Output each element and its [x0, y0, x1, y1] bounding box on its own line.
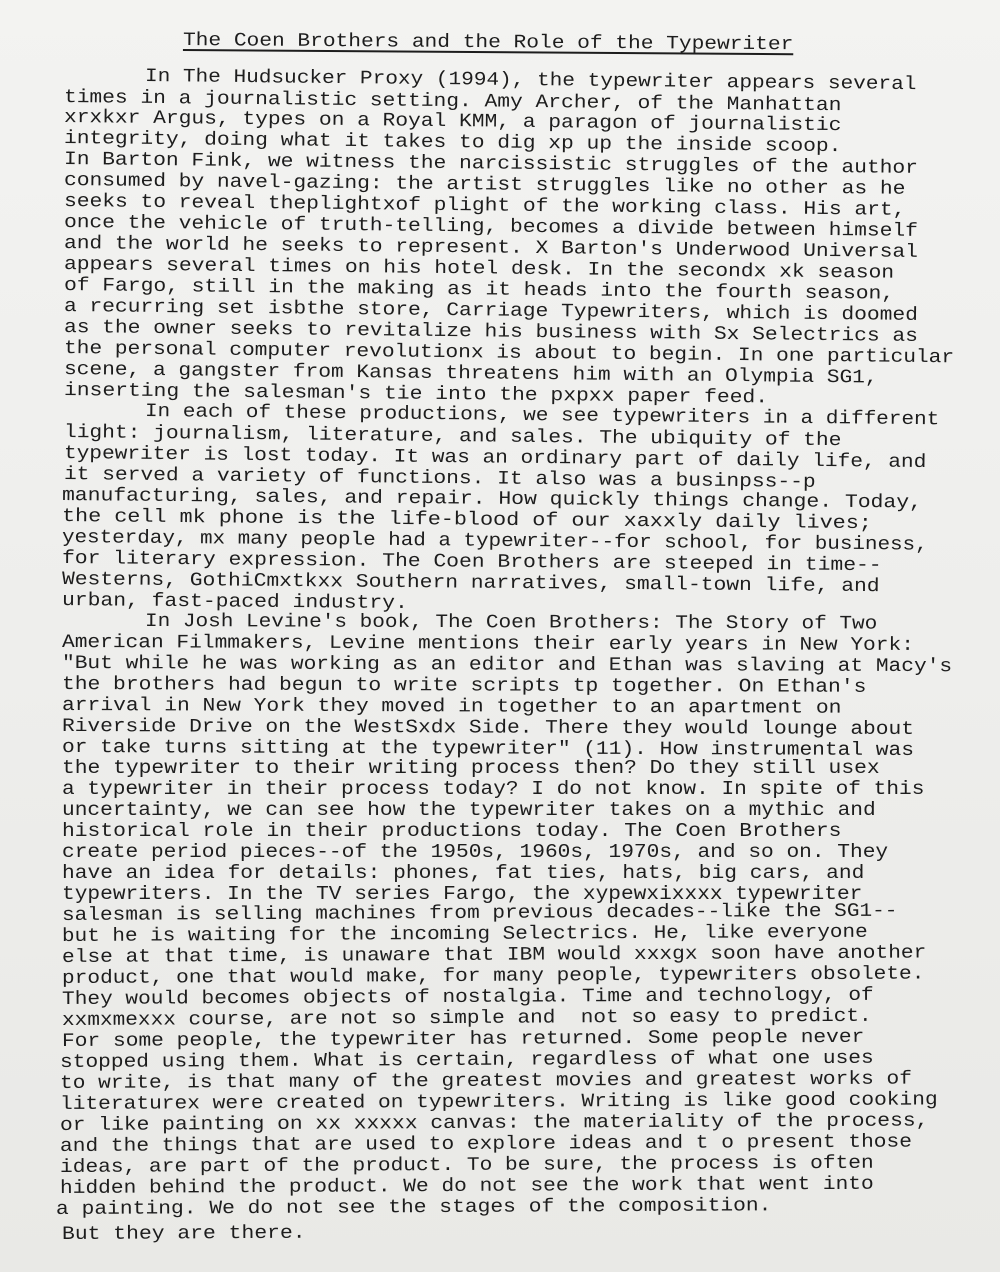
text-line: But they are there.	[62, 1223, 306, 1244]
text-line: historical role in their productions tod…	[62, 821, 841, 841]
text-line: arrival in New York they moved in togeth…	[62, 695, 842, 718]
text-line: a painting. We do not see the stages of …	[56, 1195, 772, 1219]
text-line: the typewriter to their writing process …	[62, 758, 880, 778]
text-line: a typewriter in their process today? I d…	[62, 779, 924, 799]
text-line: In Josh Levine's book, The Coen Brothers…	[145, 611, 877, 634]
text-line: uncertainty, we can see how the typewrit…	[62, 800, 876, 820]
text-line: create period pieces--of the 1950s, 1960…	[62, 842, 888, 862]
typewritten-page: The Coen Brothers and the Role of the Ty…	[0, 0, 1000, 1272]
text-line: have an idea for details: phones, fat ti…	[62, 863, 864, 883]
document-title: The Coen Brothers and the Role of the Ty…	[183, 30, 793, 54]
text-line: the brothers had begun to write scripts …	[62, 674, 866, 697]
